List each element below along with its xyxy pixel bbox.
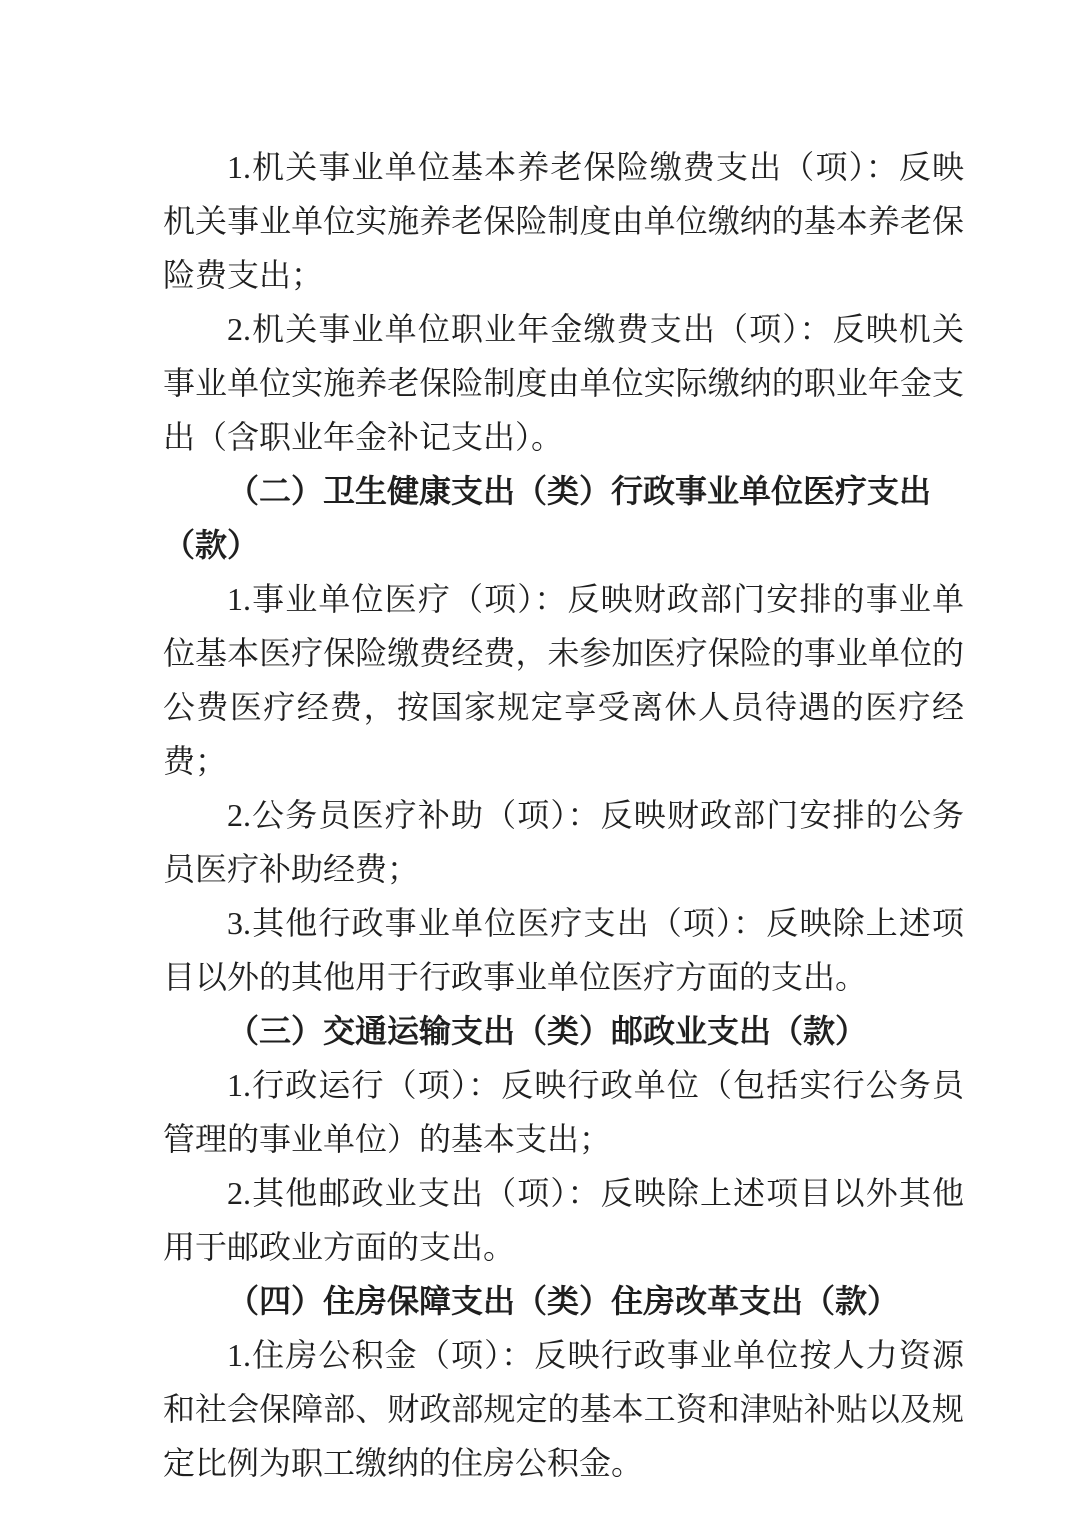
paragraph-housing-fund: 1.住房公积金（项）：反映行政事业单位按人力资源和社会保障部、财政部规定的基本工… [163, 1328, 964, 1490]
paragraph-civil-servant-medical: 2.公务员医疗补助（项）：反映财政部门安排的公务员医疗补助经费； [163, 788, 964, 896]
paragraph-other-postal: 2.其他邮政业支出（项）：反映除上述项目以外其他用于邮政业方面的支出。 [163, 1166, 964, 1274]
section-heading-housing: （四）住房保障支出（类）住房改革支出（款） [163, 1274, 964, 1328]
paragraph-pension-basic: 1.机关事业单位基本养老保险缴费支出（项）：反映机关事业单位实施养老保险制度由单… [163, 140, 964, 302]
document-page: 1.机关事业单位基本养老保险缴费支出（项）：反映机关事业单位实施养老保险制度由单… [0, 0, 1074, 1520]
section-heading-health: （二）卫生健康支出（类）行政事业单位医疗支出（款） [163, 464, 964, 572]
paragraph-pension-annuity: 2.机关事业单位职业年金缴费支出（项）：反映机关事业单位实施养老保险制度由单位实… [163, 302, 964, 464]
section-heading-transport: （三）交通运输支出（类）邮政业支出（款） [163, 1004, 964, 1058]
paragraph-other-medical: 3.其他行政事业单位医疗支出（项）：反映除上述项目以外的其他用于行政事业单位医疗… [163, 896, 964, 1004]
paragraph-admin-operation: 1.行政运行（项）：反映行政单位（包括实行公务员管理的事业单位）的基本支出； [163, 1058, 964, 1166]
document-body: 1.机关事业单位基本养老保险缴费支出（项）：反映机关事业单位实施养老保险制度由单… [163, 140, 964, 1490]
paragraph-institution-medical: 1.事业单位医疗（项）：反映财政部门安排的事业单位基本医疗保险缴费经费，未参加医… [163, 572, 964, 788]
